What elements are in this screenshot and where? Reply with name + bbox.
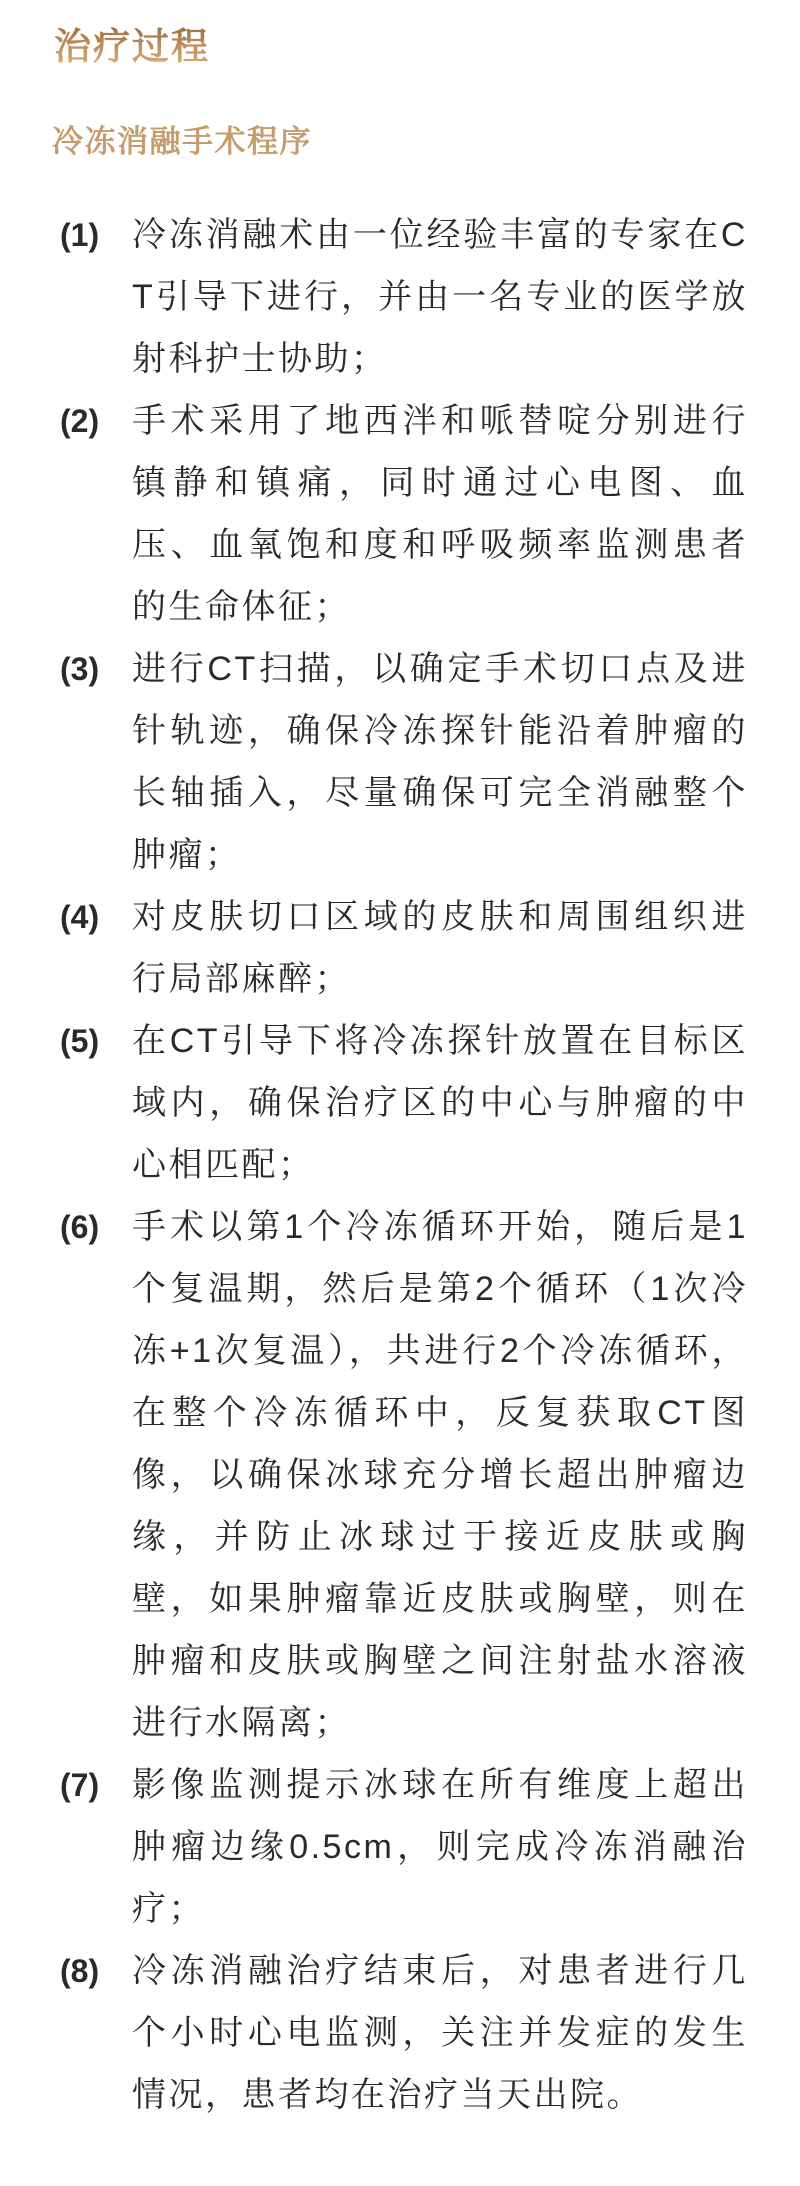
- item-text: 进行CT扫描，以确定手术切口点及进针轨迹，确保冷冻探针能沿着肿瘤的长轴插入，尽量…: [132, 638, 748, 886]
- list-item: (6) 手术以第1个冷冻循环开始，随后是1个复温期，然后是第2个循环（1次冷冻+…: [50, 1196, 748, 1754]
- list-item: (4) 对皮肤切口区域的皮肤和周围组织进行局部麻醉；: [50, 886, 748, 1010]
- item-text: 影像监测提示冰球在所有维度上超出肿瘤边缘0.5cm，则完成冷冻消融治疗；: [132, 1754, 748, 1940]
- item-text: 手术采用了地西泮和哌替啶分别进行镇静和镇痛，同时通过心电图、血压、血氧饱和度和呼…: [132, 390, 748, 638]
- item-number: (4): [60, 886, 132, 948]
- item-number: (3): [60, 638, 132, 700]
- item-text: 冷冻消融术由一位经验丰富的专家在CT引导下进行，并由一名专业的医学放射科护士协助…: [132, 204, 748, 390]
- item-text: 冷冻消融治疗结束后，对患者进行几个小时心电监测，关注并发症的发生情况，患者均在治…: [132, 1940, 748, 2126]
- item-text: 手术以第1个冷冻循环开始，随后是1个复温期，然后是第2个循环（1次冷冻+1次复温…: [132, 1196, 748, 1754]
- list-item: (7) 影像监测提示冰球在所有维度上超出肿瘤边缘0.5cm，则完成冷冻消融治疗；: [50, 1754, 748, 1940]
- item-number: (7): [60, 1754, 132, 1816]
- item-number: (5): [60, 1010, 132, 1072]
- item-number: (1): [60, 204, 132, 266]
- list-item: (5) 在CT引导下将冷冻探针放置在目标区域内，确保治疗区的中心与肿瘤的中心相匹…: [50, 1010, 748, 1196]
- list-item: (3) 进行CT扫描，以确定手术切口点及进针轨迹，确保冷冻探针能沿着肿瘤的长轴插…: [50, 638, 748, 886]
- section-subtitle: 冷冻消融手术程序: [52, 123, 748, 160]
- list-item: (1) 冷冻消融术由一位经验丰富的专家在CT引导下进行，并由一名专业的医学放射科…: [50, 204, 748, 390]
- article-page: 治疗过程 冷冻消融手术程序 (1) 冷冻消融术由一位经验丰富的专家在CT引导下进…: [0, 0, 800, 2186]
- item-number: (2): [60, 390, 132, 452]
- list-item: (8) 冷冻消融治疗结束后，对患者进行几个小时心电监测，关注并发症的发生情况，患…: [50, 1940, 748, 2126]
- page-title: 治疗过程: [54, 26, 210, 67]
- list-item: (2) 手术采用了地西泮和哌替啶分别进行镇静和镇痛，同时通过心电图、血压、血氧饱…: [50, 390, 748, 638]
- procedure-list: (1) 冷冻消融术由一位经验丰富的专家在CT引导下进行，并由一名专业的医学放射科…: [50, 204, 748, 2126]
- item-text: 对皮肤切口区域的皮肤和周围组织进行局部麻醉；: [132, 886, 748, 1010]
- item-text: 在CT引导下将冷冻探针放置在目标区域内，确保治疗区的中心与肿瘤的中心相匹配；: [132, 1010, 748, 1196]
- item-number: (6): [60, 1196, 132, 1258]
- item-number: (8): [60, 1940, 132, 2002]
